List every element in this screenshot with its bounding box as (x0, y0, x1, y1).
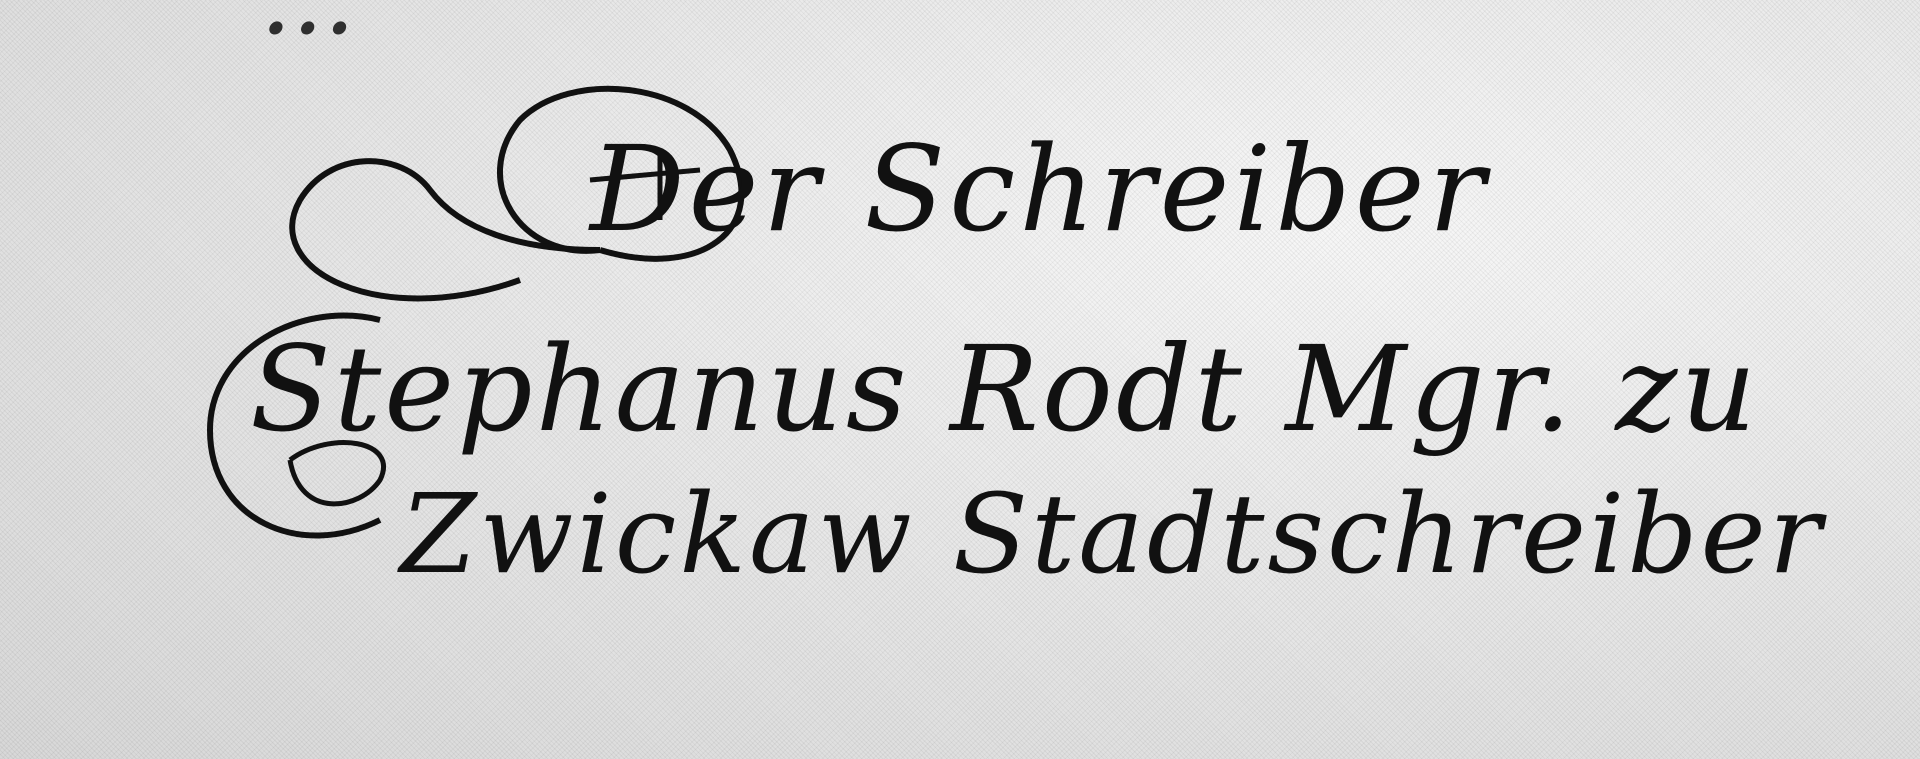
manuscript-line-1: Der Schreiber (590, 120, 1489, 258)
manuscript-line-2: Stephanus Rodt Mgr. zu (250, 320, 1759, 458)
manuscript-line-3: Zwickaw Stadtschreiber (400, 470, 1824, 598)
manuscript-page: ... Der Schreiber Stephanus Rodt Mgr. zu… (0, 0, 1920, 759)
top-fragment-text: ... (260, 0, 355, 57)
